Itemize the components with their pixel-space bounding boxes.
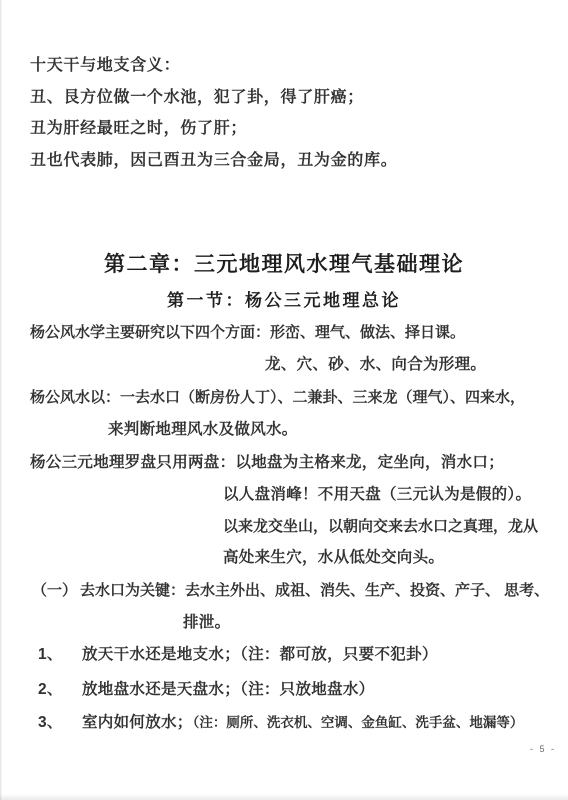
paragraph-4-marker: （一） (32, 582, 80, 599)
paragraph-3-line-2: 以人盘消峰！不用天盘（三元认为是假的）。 (223, 486, 531, 504)
intro-line-4: 丑也代表肺，因己酉丑为三合金局，丑为金的库。 (30, 152, 397, 170)
list-item-1-number: 1、 (38, 646, 82, 664)
intro-line-3: 丑为肝经最旺之时，伤了肝； (30, 120, 247, 138)
paragraph-3-line-3: 以来龙交坐山，以朝向交来去水口之真理，龙从 (223, 518, 538, 535)
list-item-1-note: （注：都可放，只要不犯卦） (240, 646, 438, 663)
intro-line-2: 丑、艮方位做一个水池，犯了卦，得了肝癌； (30, 89, 364, 107)
list-item-3-note: （注：厕所、洗衣机、空调、金鱼缸、洗手盆、地漏等） (193, 715, 524, 730)
list-item-2: 2、放地盘水还是天盘水；（注：只放地盘水） (38, 681, 374, 699)
list-item-2-number: 2、 (38, 681, 82, 699)
paragraph-3-line-4: 高处来生穴，水从低处交向头。 (223, 549, 444, 567)
paragraph-4-line-1: （一）去水口为关键：去水主外出、成祖、消失、生产、投资、产子、 思考、 (32, 582, 549, 599)
paragraph-2-line-1: 杨公风水以：一去水口（断房份人丁）、二兼卦、三来龙（理气）、四来水， (30, 389, 525, 406)
list-item-2-text: 放地盘水还是天盘水； (82, 681, 240, 698)
paragraph-4-text: 去水口为关键：去水主外出、成祖、消失、生产、投资、产子、 思考、 (80, 582, 549, 599)
intro-line-1: 十天干与地支含义： (30, 57, 180, 75)
list-item-3-text: 室内如何放水； (82, 714, 193, 731)
paragraph-1-line-1: 杨公风水学主要研究以下四个方面：形峦、理气、做法、择日课。 (30, 324, 465, 341)
section-heading: 第一节：杨公三元地理总论 (0, 286, 568, 311)
paragraph-3-line-1: 杨公三元地理罗盘只用两盘：以地盘为主格来龙，定坐向，消水口； (30, 454, 504, 472)
list-item-1-text: 放天干水还是地支水； (82, 646, 240, 663)
page-number: - 5 - (530, 744, 556, 754)
document-page: 十天干与地支含义： 丑、艮方位做一个水池，犯了卦，得了肝癌； 丑为肝经最旺之时，… (0, 0, 568, 800)
paragraph-4-line-2: 排泄。 (183, 614, 230, 632)
paragraph-2-line-2: 来判断地理风水及做风水。 (108, 421, 298, 439)
chapter-heading: 第二章：三元地理风水理气基础理论 (0, 248, 568, 278)
list-item-1: 1、放天干水还是地支水；（注：都可放，只要不犯卦） (38, 646, 438, 664)
list-item-3: 3、室内如何放水；（注：厕所、洗衣机、空调、金鱼缸、洗手盆、地漏等） (38, 714, 523, 732)
list-item-3-number: 3、 (38, 714, 82, 732)
list-item-2-note: （注：只放地盘水） (240, 681, 374, 698)
paragraph-1-line-2: 龙、穴、砂、水、向合为形理。 (265, 356, 486, 374)
